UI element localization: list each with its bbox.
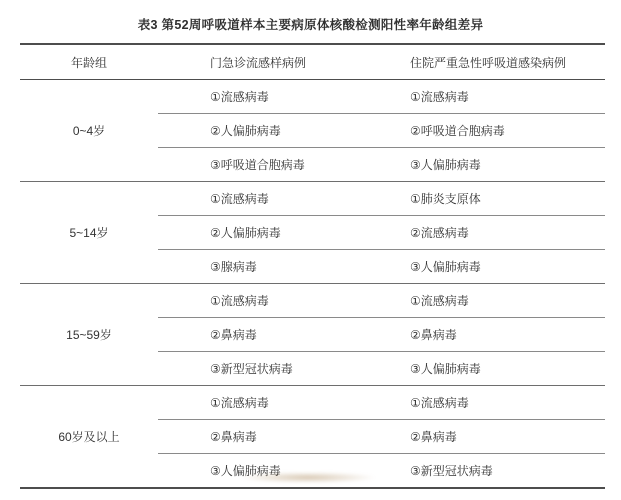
outpatient-pathogen: ③新型冠状病毒 bbox=[158, 360, 410, 377]
pathogen-rank-row: ③新型冠状病毒 ③人偏肺病毒 bbox=[158, 351, 605, 385]
header-age-group: 年龄组 bbox=[20, 54, 158, 71]
inpatient-pathogen: ③人偏肺病毒 bbox=[410, 360, 605, 377]
age-group-row-60-plus: 60岁及以上 ①流感病毒 ①流感病毒 ②鼻病毒 ②鼻病毒 ③人偏肺病毒 ③新型冠… bbox=[20, 386, 605, 487]
pathogen-rank-row: ②人偏肺病毒 ②流感病毒 bbox=[158, 215, 605, 249]
inpatient-pathogen: ②鼻病毒 bbox=[410, 326, 605, 343]
pathogen-rank-row: ②鼻病毒 ②鼻病毒 bbox=[158, 419, 605, 453]
age-group-label: 60岁及以上 bbox=[20, 386, 158, 487]
header-right-columns: 门急诊流感样病例 住院严重急性呼吸道感染病例 bbox=[158, 54, 605, 71]
table-title: 表3 第52周呼吸道样本主要病原体核酸检测阳性率年龄组差异 bbox=[0, 0, 621, 33]
outpatient-pathogen: ②鼻病毒 bbox=[158, 428, 410, 445]
age-group-label: 0~4岁 bbox=[20, 80, 158, 181]
outpatient-pathogen: ①流感病毒 bbox=[158, 190, 410, 207]
outpatient-pathogen: ①流感病毒 bbox=[158, 88, 410, 105]
pathogen-subrows: ①流感病毒 ①流感病毒 ②鼻病毒 ②鼻病毒 ③人偏肺病毒 ③新型冠状病毒 bbox=[158, 386, 605, 487]
pathogen-rank-row: ①流感病毒 ①流感病毒 bbox=[158, 386, 605, 419]
pathogen-subrows: ①流感病毒 ①流感病毒 ②人偏肺病毒 ②呼吸道合胞病毒 ③呼吸道合胞病毒 ③人偏… bbox=[158, 80, 605, 181]
pathogen-subrows: ①流感病毒 ①肺炎支原体 ②人偏肺病毒 ②流感病毒 ③腺病毒 ③人偏肺病毒 bbox=[158, 182, 605, 283]
pathogen-rank-row: ①流感病毒 ①流感病毒 bbox=[158, 80, 605, 113]
inpatient-pathogen: ①流感病毒 bbox=[410, 88, 605, 105]
inpatient-pathogen: ①流感病毒 bbox=[410, 394, 605, 411]
pathogen-rank-row: ③呼吸道合胞病毒 ③人偏肺病毒 bbox=[158, 147, 605, 181]
pathogen-subrows: ①流感病毒 ①流感病毒 ②鼻病毒 ②鼻病毒 ③新型冠状病毒 ③人偏肺病毒 bbox=[158, 284, 605, 385]
pathogen-rank-row: ①流感病毒 ①肺炎支原体 bbox=[158, 182, 605, 215]
outpatient-pathogen: ②人偏肺病毒 bbox=[158, 122, 410, 139]
outpatient-pathogen: ①流感病毒 bbox=[158, 394, 410, 411]
pathogen-rank-row: ①流感病毒 ①流感病毒 bbox=[158, 284, 605, 317]
inpatient-pathogen: ③人偏肺病毒 bbox=[410, 258, 605, 275]
header-inpatient-sari-cases: 住院严重急性呼吸道感染病例 bbox=[410, 54, 605, 71]
pathogen-rank-row: ②人偏肺病毒 ②呼吸道合胞病毒 bbox=[158, 113, 605, 147]
inpatient-pathogen: ②鼻病毒 bbox=[410, 428, 605, 445]
outpatient-pathogen: ②鼻病毒 bbox=[158, 326, 410, 343]
outpatient-pathogen: ①流感病毒 bbox=[158, 292, 410, 309]
inpatient-pathogen: ②流感病毒 bbox=[410, 224, 605, 241]
inpatient-pathogen: ③人偏肺病毒 bbox=[410, 156, 605, 173]
inpatient-pathogen: ①流感病毒 bbox=[410, 292, 605, 309]
age-group-label: 15~59岁 bbox=[20, 284, 158, 385]
age-group-row-5-14: 5~14岁 ①流感病毒 ①肺炎支原体 ②人偏肺病毒 ②流感病毒 ③腺病毒 ③人偏… bbox=[20, 182, 605, 284]
table-page: 表3 第52周呼吸道样本主要病原体核酸检测阳性率年龄组差异 年龄组 门急诊流感样… bbox=[0, 0, 621, 500]
table-header-row: 年龄组 门急诊流感样病例 住院严重急性呼吸道感染病例 bbox=[20, 45, 605, 80]
header-outpatient-ili-cases: 门急诊流感样病例 bbox=[158, 54, 410, 71]
pathogen-rank-row: ③人偏肺病毒 ③新型冠状病毒 bbox=[158, 453, 605, 487]
outpatient-pathogen: ③人偏肺病毒 bbox=[158, 462, 410, 479]
pathogen-table: 年龄组 门急诊流感样病例 住院严重急性呼吸道感染病例 0~4岁 ①流感病毒 ①流… bbox=[20, 43, 605, 489]
inpatient-pathogen: ①肺炎支原体 bbox=[410, 190, 605, 207]
pathogen-rank-row: ②鼻病毒 ②鼻病毒 bbox=[158, 317, 605, 351]
inpatient-pathogen: ③新型冠状病毒 bbox=[410, 462, 605, 479]
age-group-row-0-4: 0~4岁 ①流感病毒 ①流感病毒 ②人偏肺病毒 ②呼吸道合胞病毒 ③呼吸道合胞病… bbox=[20, 80, 605, 182]
inpatient-pathogen: ②呼吸道合胞病毒 bbox=[410, 122, 605, 139]
outpatient-pathogen: ②人偏肺病毒 bbox=[158, 224, 410, 241]
pathogen-rank-row: ③腺病毒 ③人偏肺病毒 bbox=[158, 249, 605, 283]
age-group-label: 5~14岁 bbox=[20, 182, 158, 283]
outpatient-pathogen: ③腺病毒 bbox=[158, 258, 410, 275]
outpatient-pathogen: ③呼吸道合胞病毒 bbox=[158, 156, 410, 173]
age-group-row-15-59: 15~59岁 ①流感病毒 ①流感病毒 ②鼻病毒 ②鼻病毒 ③新型冠状病毒 ③人偏… bbox=[20, 284, 605, 386]
